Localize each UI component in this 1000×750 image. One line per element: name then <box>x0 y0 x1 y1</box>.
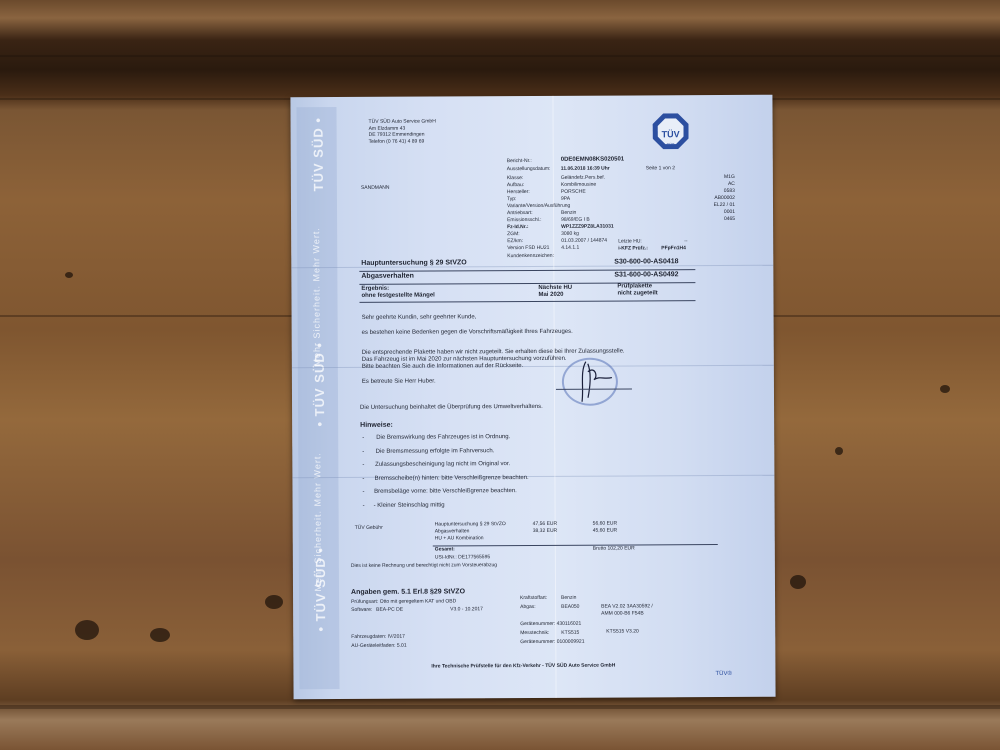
vehicle-value: 4.14.1.1 <box>561 245 579 251</box>
greeting: Sehr geehrte Kundin, sehr geehrter Kunde… <box>362 314 477 321</box>
vehicle-value: 9PA <box>561 196 570 202</box>
fee-item: HU + AU Kombination <box>435 535 484 541</box>
sticker-label: Prüfplakette <box>617 283 652 289</box>
vehicle-label: Version FSD HU21 <box>507 245 549 251</box>
vehicle-value: 3080 kg <box>561 231 579 237</box>
ikfz-label: i-KFZ Prüfz.: <box>618 245 648 251</box>
bullet: - <box>362 462 364 468</box>
inspector-line: Es betreute Sie Herr Huber. <box>362 379 436 385</box>
plate-label: Kundenkennzeichen: <box>507 253 554 259</box>
vehicle-label: Variante/Version/Ausführung <box>507 203 570 209</box>
company-city: DE 79312 Emmendingen <box>369 132 425 138</box>
tuv-logo-mark: TÜVSÜD <box>658 118 684 144</box>
vehicle-label: Antriebsart: <box>507 210 533 216</box>
letter-line: Das Fahrzeug ist im Mai 2020 zur nächste… <box>362 356 567 363</box>
bullet: - <box>362 475 364 481</box>
letter-line: Bitte beachten Sie auch die Informatione… <box>362 363 523 370</box>
exhaust-version-2: AMM 000-B6 F54B <box>601 610 644 616</box>
vehicle-data: Klasse:Geländefz.Pers.bef.M1GAufbau:Komb… <box>290 95 772 98</box>
fee-gross: 45,60 EUR <box>593 528 617 534</box>
vehicle-label: Typ: <box>507 196 516 202</box>
wood-knot <box>835 447 843 455</box>
issue-date: 11.06.2018 16:39 Uhr <box>561 166 610 172</box>
company-phone: Telefon (0 76 41) 4 89 69 <box>369 139 425 145</box>
report-number: 0DE0EMN08KS020501 <box>561 157 624 163</box>
last-hu-value: -- <box>684 238 687 244</box>
fee-net: 47,56 EUR <box>533 521 557 527</box>
company-name: TÜV SÜD Auto Service GmbH <box>369 119 436 125</box>
footer-text: Ihre Technische Prüfstelle für den Kfz-V… <box>431 663 615 670</box>
paper-fold-vertical <box>552 96 556 698</box>
fee-item: Abgasverhalten <box>435 528 470 534</box>
wood-knot <box>790 575 806 589</box>
vehicle-value: WP1ZZZ9PZ8LA31031 <box>561 224 614 230</box>
result-value: ohne festgestellte Mängel <box>361 293 434 299</box>
fee-item: Hauptuntersuchung § 29 StVZO <box>435 521 506 527</box>
vehicle-label: Klasse: <box>507 175 523 181</box>
note-item: Bremsbeläge vorne: bitte Verschleißgrenz… <box>374 488 517 495</box>
note-item: Bremsscheibe(n) hinten: bitte Verschleiß… <box>375 475 529 482</box>
au-guideline: AU-Geräteleitfaden: 5.01 <box>351 643 406 649</box>
vehicle-label: ZGM: <box>507 231 520 237</box>
wood-grain <box>0 55 1000 57</box>
bullet: - <box>362 435 364 441</box>
signature <box>574 358 614 404</box>
note-item: - Kleiner Steinschlag mittig <box>374 502 445 508</box>
wood-grain <box>0 705 1000 709</box>
ikfz-value: PFpFn1H4 <box>661 245 686 251</box>
vehicle-value: PORSCHE <box>561 189 586 195</box>
measurement-version: KTS515 V3.20 <box>606 628 639 634</box>
vehicle-code: 0583 <box>724 188 735 194</box>
vehicle-label: Fz-Id.Nr.: <box>507 224 528 230</box>
vehicle-label: Hersteller: <box>507 189 530 195</box>
inspection-code-hu: S30-600-00-AS0418 <box>614 258 678 265</box>
software-version: V3.0 - 10.2017 <box>450 606 483 612</box>
inspection-title-hu: Hauptuntersuchung § 29 StVZO <box>361 259 466 267</box>
divider <box>433 544 718 546</box>
fuel-label: Kraftstoffart: <box>520 595 547 601</box>
vehicle-code: 0001 <box>724 209 735 215</box>
inspection-title-au: Abgasverhalten <box>361 273 414 280</box>
measurement-value: KTS515 <box>561 630 579 636</box>
note-item: Die Bremsmessung erfolgte im Fahrversuch… <box>376 448 495 455</box>
fuel-value: Benzin <box>561 595 576 601</box>
issue-date-label: Ausstellungsdatum: <box>507 166 551 172</box>
bullet: - <box>362 489 364 495</box>
exhaust-label: Abgas: <box>520 604 536 610</box>
note-item: Die Bremswirkung des Fahrzeuges ist in O… <box>376 434 510 441</box>
next-hu-label: Nächste HU <box>538 285 572 291</box>
bullet: - <box>363 502 365 508</box>
notes-title: Hinweise: <box>360 422 393 429</box>
side-band-text: TÜV SÜD • <box>311 117 326 191</box>
environment-note: Die Untersuchung beinhaltet die Überprüf… <box>360 404 543 411</box>
specs-title: Angaben gem. 5.1 Erl.8 §29 StVZO <box>351 588 465 596</box>
tuv-logo: TÜVSÜD <box>653 113 689 149</box>
vehicle-code: EL22 / 01 <box>714 202 735 208</box>
sticker-value: nicht zugeteilt <box>617 290 657 296</box>
total-label: Gesamt: <box>435 546 455 552</box>
letter-line: Die entsprechende Plakette haben wir nic… <box>362 349 625 356</box>
invoice-disclaimer: Dies ist keine Rechnung und berechtigt n… <box>351 562 497 569</box>
vehicle-code: AB00002 <box>714 195 735 201</box>
signature-line <box>556 388 632 389</box>
wood-knot <box>265 595 283 609</box>
wood-knot <box>65 272 73 278</box>
last-hu-label: Letzte HU: <box>618 238 642 244</box>
vehicle-label: Aufbau: <box>507 182 524 188</box>
software-value: BEA-PC DE <box>376 607 403 613</box>
test-type: Prüfungsart: Otto mit geregeltem KAT und… <box>351 598 456 605</box>
software-label: Software: <box>351 607 372 613</box>
side-band-text: • TÜV SÜD • <box>313 547 328 631</box>
device-number-1: Gerätenummer: 430116021 <box>520 621 581 627</box>
wood-knot <box>75 620 99 640</box>
vehicle-label: EZ/km: <box>507 238 523 244</box>
customer-name: SANDMANN <box>361 185 390 191</box>
fee-table: Hauptuntersuchung § 29 StVZO47,56 EUR56,… <box>290 95 772 98</box>
result-label: Ergebnis: <box>361 286 389 292</box>
device-number-2: Gerätenummer: 0100009921 <box>520 639 584 645</box>
vehicle-label: Emissionsschl.: <box>507 217 541 223</box>
exhaust-value: BEA050 <box>561 604 579 610</box>
page-indicator: Seite 1 von 2 <box>646 165 675 171</box>
wood-knot <box>940 385 950 393</box>
inspection-code-au: S31-600-00-AS0492 <box>614 271 678 278</box>
tuv-inspection-report: TÜV SÜD • Mehr Sicherheit. Mehr Wert. • … <box>290 95 775 700</box>
wood-knot <box>150 628 170 642</box>
vehicle-code: 0465 <box>724 216 735 222</box>
vehicle-value: Benzin <box>561 210 576 216</box>
vehicle-code: AC <box>728 181 735 187</box>
vehicle-value: Geländefz.Pers.bef. <box>561 175 605 181</box>
paper-fold <box>292 475 774 479</box>
letter-line: es bestehen keine Bedenken gegen die Vor… <box>362 329 573 336</box>
fees-label: TÜV Gebühr <box>355 525 383 531</box>
vat-id: USt-IdNr.: DE177565595 <box>435 554 490 560</box>
footer-brand: TÜV® <box>715 671 731 677</box>
vehicle-value: 98/69/EG I B <box>561 217 590 223</box>
vehicle-data-date: Fahrzeugdaten: IV/2017 <box>351 634 405 640</box>
fee-net: 38,32 EUR <box>533 528 557 534</box>
note-item: Zulassungsbescheinigung lag nicht im Ori… <box>375 461 510 468</box>
side-band-text: • TÜV SÜD • <box>312 342 327 426</box>
divider <box>359 300 695 303</box>
next-hu-value: Mai 2020 <box>538 292 563 298</box>
vehicle-value: Kombilimousine <box>561 182 596 188</box>
notes-list: -Die Bremswirkung des Fahrzeuges ist in … <box>290 95 772 98</box>
measurement-label: Messtechnik: <box>520 630 549 636</box>
fee-gross: 56,60 EUR <box>593 521 617 527</box>
total-value: Brutto 102,20 EUR <box>593 545 635 551</box>
vehicle-value: 01.03.2007 / 144874 <box>561 238 607 244</box>
exhaust-version: BEA V2.02 3AA30592 / <box>601 603 653 609</box>
vehicle-code: M1G <box>724 174 735 180</box>
bullet: - <box>362 448 364 454</box>
report-number-label: Bericht-Nr.: <box>507 158 532 164</box>
